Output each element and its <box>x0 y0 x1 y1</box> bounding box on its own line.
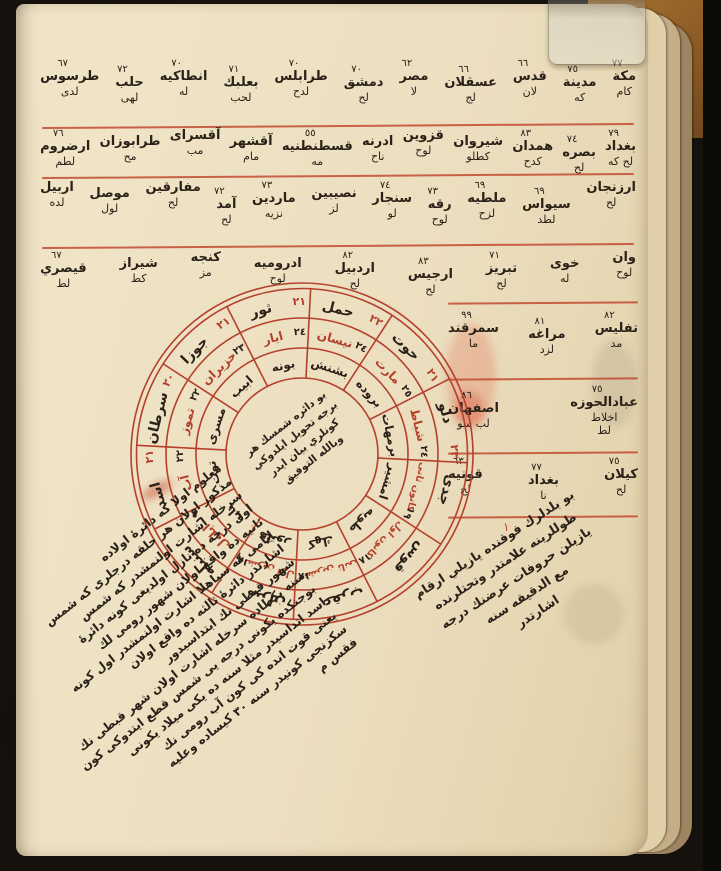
latitude-letters: لح <box>496 277 506 290</box>
city-name: حلب <box>115 75 143 91</box>
zodiac-day-red: ٢١ <box>424 366 442 384</box>
longitude-number: ٧٩ <box>608 128 619 139</box>
latitude-letters: لطم <box>55 155 75 168</box>
latitude-letters: لا <box>411 85 417 98</box>
latitude-letters: مه <box>311 155 323 168</box>
city-name: بغداد <box>528 473 559 489</box>
longitude-number: ٦٩ <box>474 180 485 191</box>
zodiac-label: ثور <box>247 300 274 322</box>
manuscript-page: ٧٧مكةكام٧٥مدينةكه٦٦قدسلان٦٦عسقلانلج٦٢مصر… <box>16 4 648 856</box>
city-cell: ٦٧قيصريلط <box>40 250 87 300</box>
latitude-letters: لط <box>56 277 70 290</box>
city-cell: ٧٩بغدادلح كه <box>605 128 636 174</box>
zodiac-day-red: ٢١ <box>214 314 232 332</box>
city-cell: ٧٣رقهلوح <box>428 186 452 248</box>
latitude-letters: لحب <box>230 91 251 104</box>
zodiac-day-red: ٢٣ <box>448 445 461 459</box>
city-cell: نصيبينلز <box>311 186 356 248</box>
latitude-letters: لدى <box>61 85 79 98</box>
longitude-number: ٧٠ <box>171 58 182 69</box>
city-name: قيصري <box>40 261 87 277</box>
tape-tab <box>548 0 646 65</box>
zodiac-label: دلو <box>434 400 456 426</box>
rumi-day-number: ٢٤ <box>294 327 306 338</box>
latitude-letters: له <box>560 272 569 285</box>
longitude-number: ٧٣ <box>262 180 273 191</box>
city-name: ارزنجان <box>586 180 636 196</box>
city-name: مراغه <box>528 327 565 343</box>
city-cell: ٨٣همدانكدح <box>512 128 553 174</box>
city-cell: ٧٤سنجارلو <box>372 180 412 242</box>
city-cell: آقسراىمب <box>170 128 221 174</box>
city-name: آقشهر <box>230 134 273 150</box>
longitude-number: ٧٠ <box>351 64 362 75</box>
longitude-number: ٨٢ <box>342 250 353 261</box>
city-name: همدان <box>512 139 553 155</box>
city-name: بغداد <box>605 139 636 155</box>
city-cell: مفارقينلح <box>145 180 200 242</box>
city-name: عبادالحوزه <box>570 395 638 411</box>
longitude-number: ٥٥ <box>305 128 316 139</box>
latitude-letters: لوح <box>415 144 431 157</box>
longitude-number: ٦٧ <box>51 250 62 261</box>
zodiac-day-red: ٢٠ <box>160 371 178 389</box>
city-name: سيواس <box>522 197 571 213</box>
city-name: ملطيه <box>467 191 506 207</box>
latitude-letters: لج <box>465 91 475 104</box>
city-name: كيلان <box>604 467 638 483</box>
latitude-letters: لطد <box>537 213 555 226</box>
longitude-number: ٧٧ <box>531 462 542 473</box>
latitude-letters: لده <box>50 196 65 209</box>
city-cell: ٧٠دمشقلح <box>344 64 384 128</box>
city-name: مصر <box>399 69 428 85</box>
city-cell: ٨١مراغهلزد <box>528 316 565 378</box>
zodiac-label: قوس <box>390 539 427 577</box>
longitude-number: ٨٣ <box>520 128 531 139</box>
latitude-letters: كطلو <box>466 150 490 163</box>
red-mark: ١ <box>503 520 509 534</box>
city-name: سنجار <box>372 191 412 207</box>
city-cell: ٦٧طرسوسلدى <box>40 58 99 122</box>
city-cell: وانلوح <box>612 250 636 300</box>
latitude-letters: لوح <box>432 213 448 226</box>
city-cell: اربيللده <box>40 180 74 242</box>
latitude-letters: لدح <box>293 85 309 98</box>
longitude-number: ٧٤ <box>567 134 578 145</box>
latitude-letters: لح <box>606 196 616 209</box>
longitude-number: ٧٠ <box>289 58 300 69</box>
city-cell: ٨٢تفليسمد <box>595 310 638 372</box>
latitude-letters: ناح <box>371 150 385 163</box>
city-name: قدس <box>513 69 547 85</box>
rumi-day-number: ٢٢ <box>175 450 186 462</box>
latitude-letters: لزد <box>540 343 554 356</box>
city-name: طرابلس <box>274 69 327 85</box>
city-name: تفليس <box>595 321 638 337</box>
latitude-letters: لز <box>329 202 338 215</box>
latitude-letters: مام <box>243 150 259 163</box>
city-name: مدينة <box>563 75 597 91</box>
coptic-month-label: مسرى <box>203 406 228 447</box>
longitude-number: ٧٥ <box>609 456 620 467</box>
city-name: قسطنطنيه <box>282 139 353 155</box>
city-name: آمد <box>216 197 236 213</box>
city-cell: خوىله <box>550 256 579 306</box>
city-name: ارضروم <box>40 139 90 155</box>
city-name: اربيل <box>40 180 74 196</box>
city-cell: ٧٧مكةكام <box>613 58 637 122</box>
longitude-number: ٦٢ <box>402 58 413 69</box>
latitude-letters: نزيه <box>265 207 283 220</box>
city-cell: ٧٥مدينةكه <box>563 64 597 128</box>
city-name: مكة <box>613 69 637 85</box>
city-cell: ٧٢حلبلهى <box>115 64 143 128</box>
coptic-month-label: كهك <box>307 533 335 552</box>
longitude-number: ٦٦ <box>517 58 528 69</box>
longitude-number: ٧١ <box>229 64 240 75</box>
city-cell: ٧٥عبادالحوزهاخلاطلط <box>570 384 638 448</box>
city-name: طرسوس <box>40 69 99 85</box>
city-name: ماردين <box>252 191 296 207</box>
longitude-number: ٨٢ <box>604 310 615 321</box>
zodiac-day-red: ٢١ <box>293 295 307 308</box>
coptic-month-label: بونه <box>270 356 296 376</box>
longitude-number: ٧١ <box>489 250 500 261</box>
longitude-number: ٧٤ <box>380 180 391 191</box>
coptic-month-label: برمهات <box>379 412 402 458</box>
city-name: انطاكيه <box>160 69 208 85</box>
latitude-letters: كام <box>617 85 632 98</box>
latitude-letters: لول <box>101 202 118 215</box>
longitude-number: ٨١ <box>534 316 545 327</box>
longitude-number: ٧٢ <box>214 186 225 197</box>
city-cell: ٦٦عسقلانلج <box>444 64 496 128</box>
city-name: خوى <box>550 256 579 272</box>
city-name: وان <box>612 250 636 266</box>
latitude-letters: لح <box>221 213 231 226</box>
latitude-letters: لهى <box>121 91 139 104</box>
rumi-month-label: حزيران <box>199 348 239 388</box>
city-cell: ٦٦قدسلان <box>513 58 547 122</box>
city-cell: ٧١بعلبكلحب <box>223 64 258 128</box>
city-cell: ٥٥قسطنطنيهمه <box>282 128 353 174</box>
city-cell: ٧٠طرابلسلدح <box>274 58 327 122</box>
latitude-letters: لح <box>358 91 368 104</box>
latitude-letters: لح <box>168 196 178 209</box>
latitude-letters: كدح <box>524 155 542 168</box>
city-cell: ٦٩سيواسلطد <box>522 186 571 248</box>
book-board-edge <box>703 0 721 871</box>
latitude-letters: لح <box>616 483 626 496</box>
city-name: آقسراى <box>170 128 221 144</box>
city-name: عسقلان <box>444 75 496 91</box>
city-name: مفارقين <box>145 180 200 196</box>
latitude-letters: كه <box>574 91 585 104</box>
rumi-month-label: شباط <box>407 407 429 443</box>
city-name: بصره <box>562 145 595 161</box>
city-name: شيروان <box>453 134 503 150</box>
rumi-day-number: ٢٤ <box>418 446 429 458</box>
latitude-letters: اخلاط <box>591 411 618 424</box>
zodiac-day-red: ٢١ <box>143 450 156 464</box>
rumi-month-label: ايار <box>261 329 285 348</box>
latitude-letters: لح كه <box>608 155 633 168</box>
latitude-letters: لط <box>597 424 611 437</box>
zodiac-label: حمل <box>321 298 356 321</box>
city-cell: ٧٠انطاكيهله <box>160 58 208 122</box>
latitude-letters: مد <box>611 337 623 350</box>
coptic-month-label: امشير <box>376 462 401 502</box>
longitude-number: ٦٦ <box>458 64 469 75</box>
rumi-day-number: ٢٥ <box>398 383 414 399</box>
longitude-number: ٧٥ <box>592 384 603 395</box>
city-name: موصل <box>89 186 129 202</box>
city-cell: ٦٢مصرلا <box>399 58 428 122</box>
zodiac-day-red: ٢٢ <box>367 312 385 330</box>
city-cell: موصللول <box>89 186 129 248</box>
city-cell: ادرنهناح <box>362 134 393 180</box>
zodiac-label: جدى <box>435 473 458 507</box>
city-name: بعلبك <box>223 75 258 91</box>
city-name: قزوين <box>403 128 444 144</box>
rumi-month-label: نيسان <box>316 327 355 350</box>
city-cell: آقشهرمام <box>230 134 273 180</box>
geo-table-row: ٧٩بغدادلح كه٧٤بصرهلح٨٣همدانكدحشيروانكطلو… <box>40 128 636 174</box>
latitude-letters: مب <box>187 144 204 157</box>
city-cell: ٧٥كيلانلح <box>604 456 638 512</box>
rumi-day-number: ٢٢ <box>188 387 204 403</box>
latitude-letters: لو <box>388 207 397 220</box>
longitude-number: ٧٢ <box>117 64 128 75</box>
longitude-number: ٦٧ <box>57 58 68 69</box>
geo-table-row: ٧٧مكةكام٧٥مدينةكه٦٦قدسلان٦٦عسقلانلج٦٢مصر… <box>40 58 636 122</box>
latitude-letters: لزح <box>479 207 496 220</box>
longitude-number: ٧٥ <box>567 64 578 75</box>
longitude-number: ٧٦ <box>53 128 64 139</box>
city-name: ادرنه <box>362 134 393 150</box>
city-cell: قزوينلوح <box>403 128 444 174</box>
latitude-letters: لح <box>574 161 584 174</box>
city-name: رقه <box>428 197 452 213</box>
longitude-number: ٦٩ <box>534 186 545 197</box>
city-cell: ٧٢آمدلح <box>216 186 236 248</box>
city-name: طرابوزان <box>100 134 161 150</box>
latitude-letters: لان <box>523 85 537 98</box>
photo-scene: ٧٧مكةكام٧٥مدينةكه٦٦قدسلان٦٦عسقلانلج٦٢مصر… <box>0 0 721 871</box>
city-name: نصيبين <box>311 186 356 202</box>
latitude-letters: لوح <box>616 266 632 279</box>
latitude-letters: له <box>179 85 188 98</box>
rumi-month-label: تموز <box>176 406 198 437</box>
city-cell: ٧٦ارضروملطم <box>40 128 90 174</box>
city-cell: طرابوزانمح <box>100 134 161 180</box>
geo-table-row: ارزنجانلح٦٩سيواسلطد٦٩ملطيهلزح٧٣رقهلوح٧٤س… <box>40 180 636 242</box>
rumi-day-number: ٢٤ <box>353 340 369 356</box>
city-cell: ارزنجانلح <box>586 180 636 242</box>
longitude-number: ٧٣ <box>427 186 438 197</box>
latitude-letters: مح <box>124 150 137 163</box>
city-cell: ٧٣مارديننزيه <box>252 180 296 242</box>
city-cell: ٦٩ملطيهلزح <box>467 180 506 242</box>
city-name: دمشق <box>344 75 384 91</box>
